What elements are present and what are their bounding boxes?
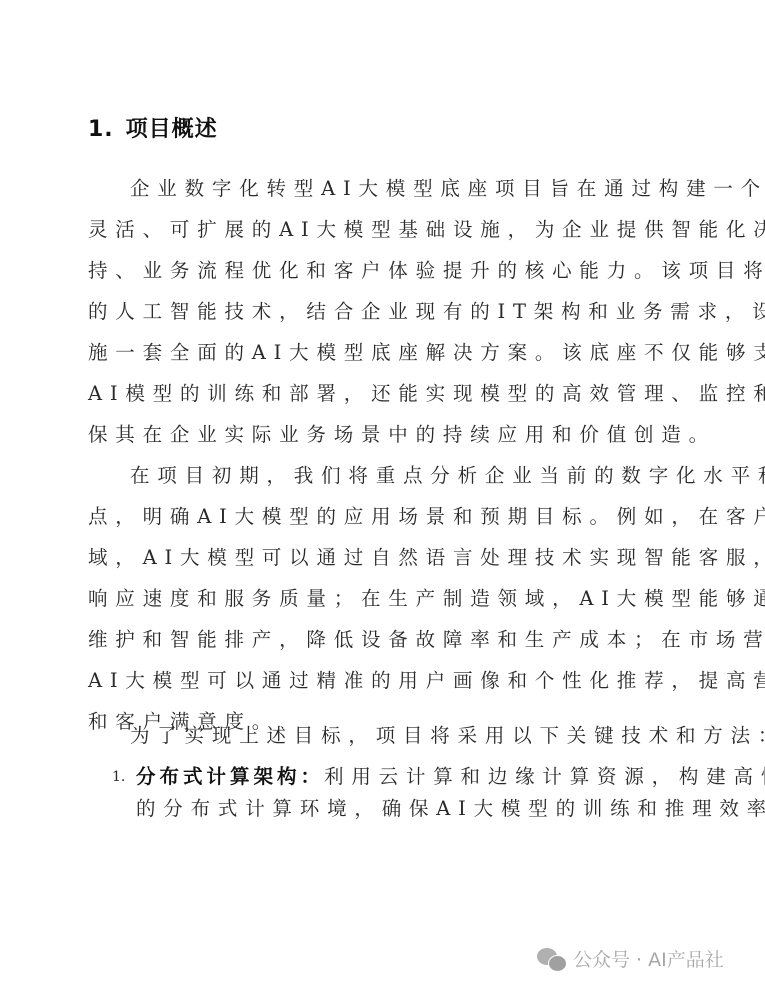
paragraph-line: 点，明确AI大模型的应用场景和预期目标。例如，在客户服务领 (88, 503, 673, 531)
paragraph-line: 维护和智能排产，降低设备故障率和生产成本；在市场营销领域， (88, 626, 673, 654)
list-item-line: 的分布式计算环境，确保AI大模型的训练和推理效率。 (136, 795, 676, 823)
section-heading: 1.项目概述 (88, 112, 218, 143)
paragraph-line: 灵活、可扩展的AI大模型基础设施，为企业提供智能化决策支 (88, 216, 673, 244)
paragraph-line: AI大模型可以通过精准的用户画像和个性化推荐，提高营销转化率 (88, 667, 673, 695)
section-title: 项目概述 (126, 117, 218, 142)
wechat-icon (537, 947, 567, 971)
list-number: 1. (112, 763, 125, 791)
list-item-line: 分布式计算架构：利用云计算和边缘计算资源，构建高性能 (136, 763, 676, 791)
section-number: 1. (88, 117, 114, 142)
document-page: 1.项目概述 企业数字化转型AI大模型底座项目旨在通过构建一个高效、 灵活、可扩… (0, 0, 765, 990)
list-item-label: 分布式计算架构： (136, 765, 324, 788)
paragraph-line: 域，AI大模型可以通过自然语言处理技术实现智能客服，大幅提升 (88, 544, 673, 572)
paragraph-line: 响应速度和服务质量；在生产制造领域，AI大模型能够通过预测性 (88, 585, 673, 613)
list-item-text: 利用云计算和边缘计算资源，构建高性能 (324, 765, 765, 788)
paragraph-line: 的人工智能技术，结合企业现有的IT架构和业务需求，设计并实 (88, 298, 673, 326)
paragraph-line: 为了实现上述目标，项目将采用以下关键技术和方法： (130, 722, 675, 750)
paragraph-line: 施一套全面的AI大模型底座解决方案。该底座不仅能够支持多种 (88, 339, 673, 367)
paragraph-line: 保其在企业实际业务场景中的持续应用和价值创造。 (88, 421, 673, 449)
paragraph-line: 企业数字化转型AI大模型底座项目旨在通过构建一个高效、 (130, 175, 675, 203)
paragraph-line: 持、业务流程优化和客户体验提升的核心能力。该项目将基于先进 (88, 257, 673, 285)
watermark: 公众号 · AI产品社 (537, 945, 724, 972)
watermark-text: 公众号 · AI产品社 (573, 945, 724, 972)
paragraph-line: 在项目初期，我们将重点分析企业当前的数字化水平和业务痛 (130, 462, 675, 490)
paragraph-line: AI模型的训练和部署，还能实现模型的高效管理、监控和迭代，确 (88, 380, 673, 408)
